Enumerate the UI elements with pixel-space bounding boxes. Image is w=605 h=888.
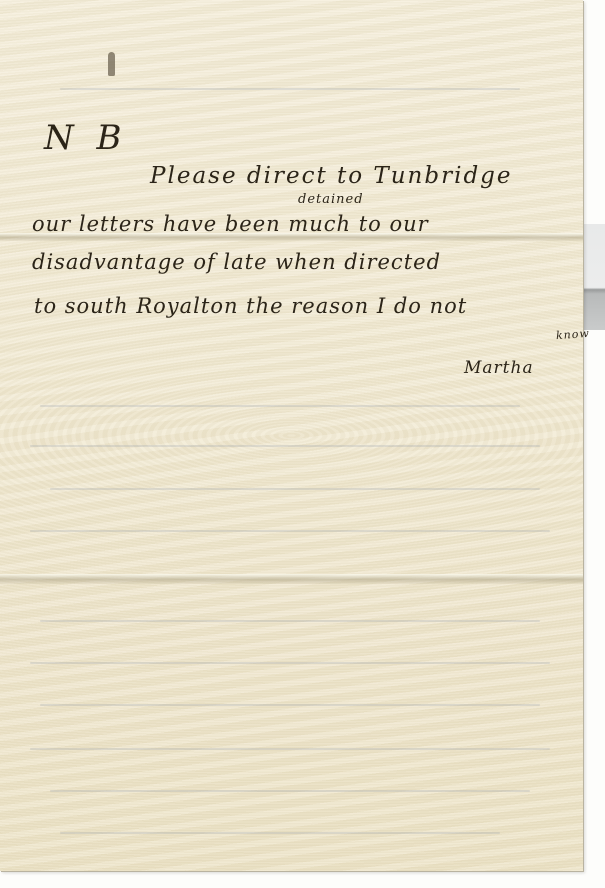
fold-crease xyxy=(0,574,583,584)
bleed-through-line xyxy=(60,832,500,834)
bleed-through-line xyxy=(40,620,540,622)
bleed-through-line xyxy=(30,748,550,750)
letter-line: disadvantage of late when directed xyxy=(32,250,441,274)
bleed-through-line xyxy=(40,704,540,706)
bleed-through-line xyxy=(30,662,550,664)
signature: Martha xyxy=(464,358,534,378)
letter-line: Please direct to Tunbridge xyxy=(150,163,513,189)
bleed-through-line xyxy=(50,790,530,792)
bleed-through-line xyxy=(50,488,540,490)
bleed-through-line xyxy=(30,530,550,532)
letter-insertion: detained xyxy=(298,192,364,207)
bleed-through-line xyxy=(30,445,540,447)
letter-page: N B Please direct to Tunbridge detained … xyxy=(0,0,583,871)
letter-line-continuation: know xyxy=(556,327,591,342)
bleed-through-line xyxy=(40,405,520,407)
letter-line: to south Royalton the reason I do not xyxy=(34,294,467,318)
nb-heading: N B xyxy=(44,118,128,158)
scanner-edge-strip xyxy=(584,224,605,330)
bleed-through-line xyxy=(60,88,520,90)
ink-smudge xyxy=(108,52,115,76)
letter-line: our letters have been much to our xyxy=(32,212,429,236)
